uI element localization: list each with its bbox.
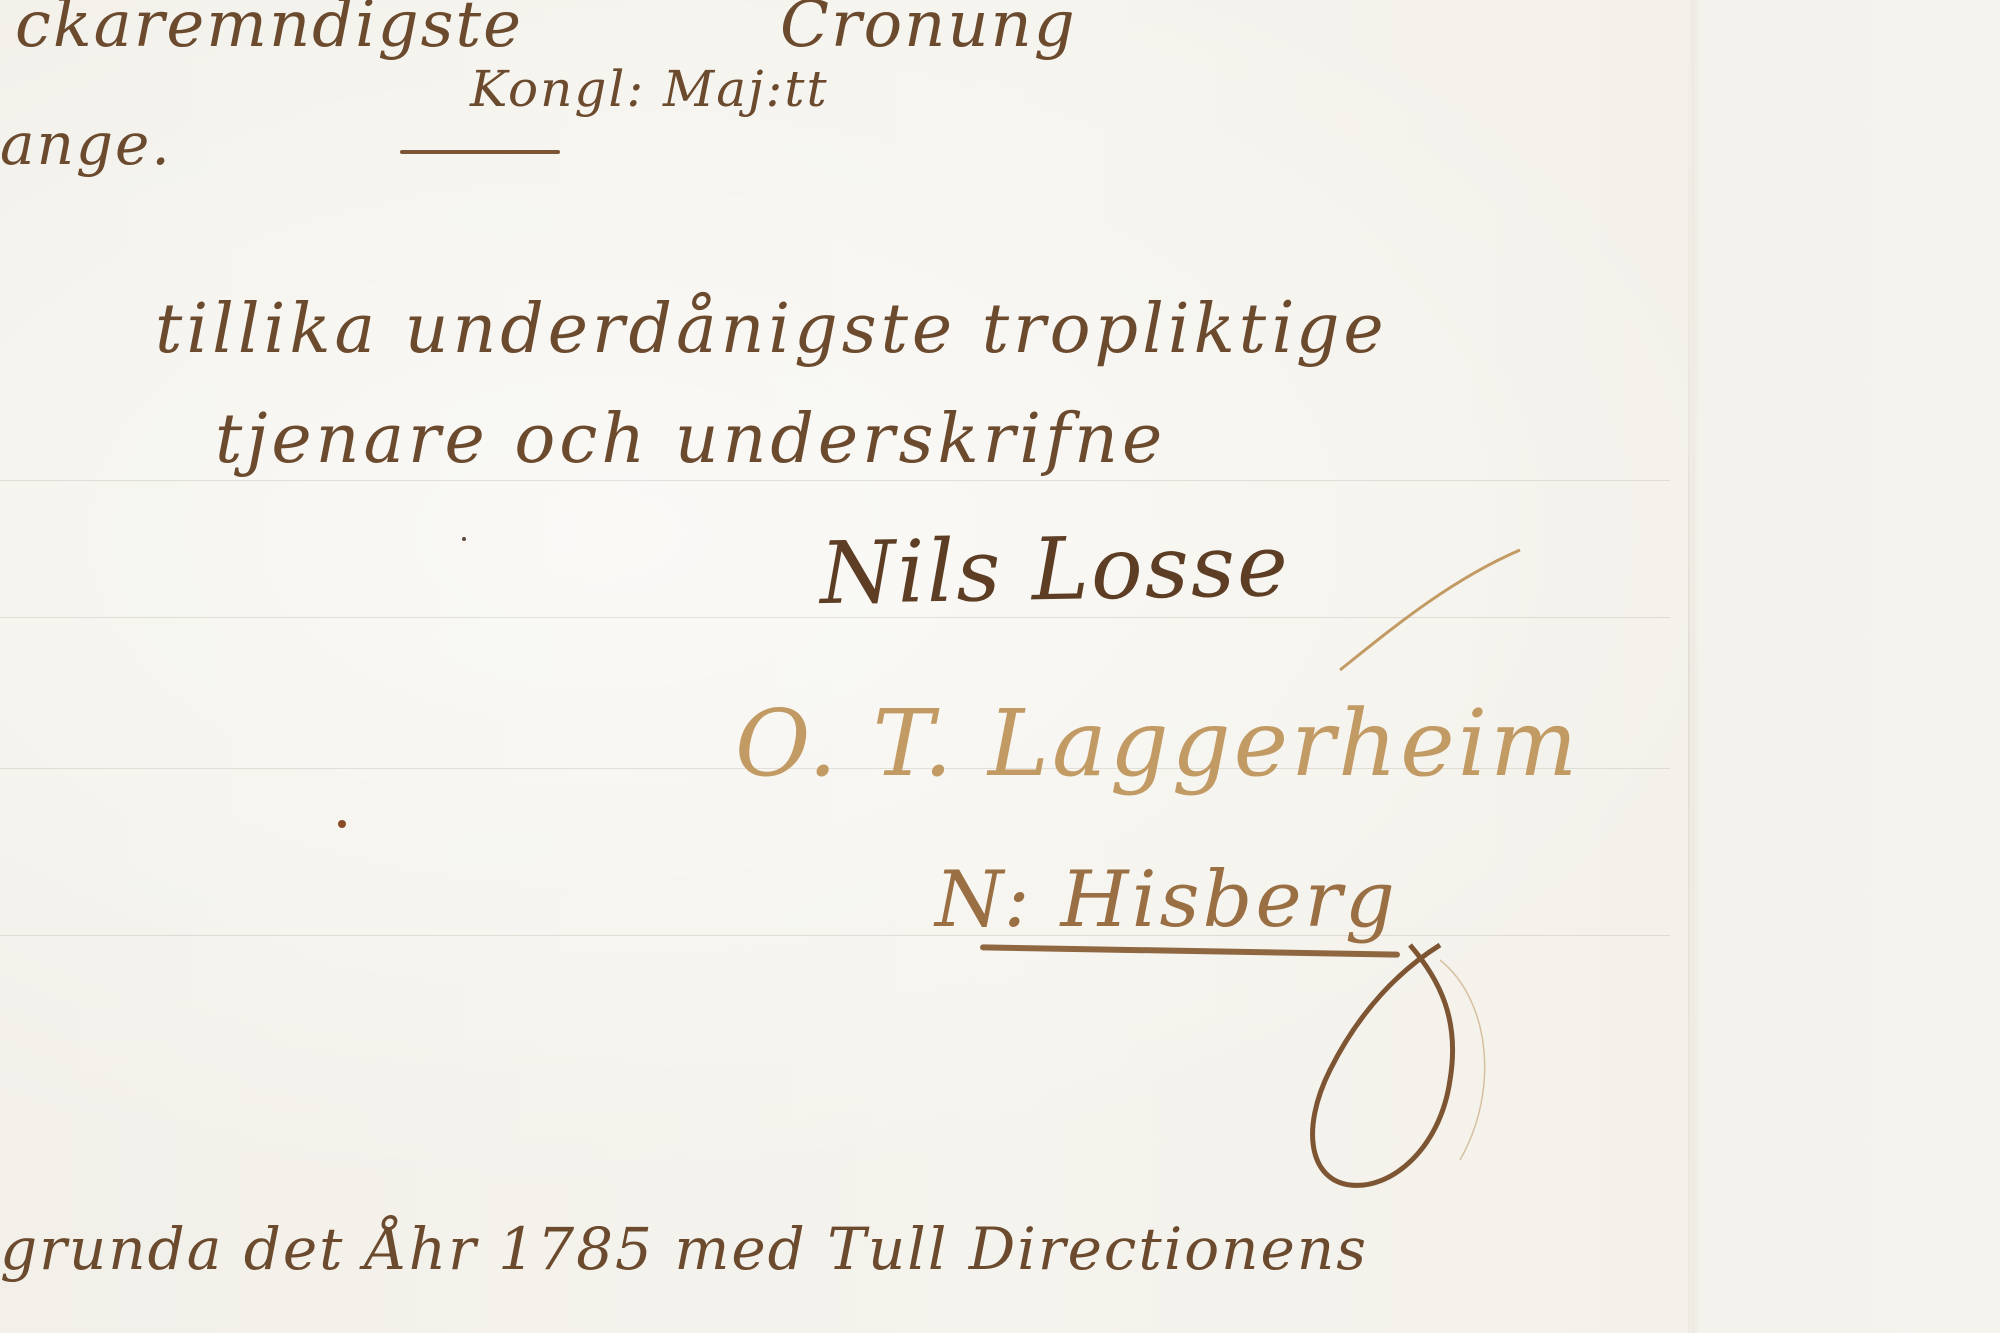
- signature-flourish: [1330, 540, 1530, 680]
- abbreviation-stroke: [400, 150, 560, 154]
- signature-hisberg: N: Hisberg: [935, 855, 1398, 945]
- signature-laggerheim: O. T. Laggerheim: [735, 690, 1580, 797]
- ruled-line: [0, 480, 1670, 481]
- body-line-2: tjenare och underskrifne: [215, 400, 1166, 479]
- top-line-word-1: ckaremndigste: [15, 0, 523, 62]
- signature-loop: [1290, 940, 1550, 1200]
- ink-spot: [462, 537, 466, 541]
- top-line-word-4: Kongl: Maj:tt: [470, 60, 829, 118]
- manuscript-page: ckaremndigste Cronung ange. Kongl: Maj:t…: [0, 0, 2000, 1333]
- body-line-1: tillika underdånigste troplikti̇ge: [155, 290, 1388, 369]
- paper-fold: [1688, 0, 1690, 1333]
- bottom-text-line: grunda det Åhr 1785 med Tull Directionen…: [0, 1215, 1368, 1283]
- ink-spot: [338, 820, 346, 828]
- top-line-word-3: ange.: [0, 110, 172, 178]
- top-line-word-2: Cronung: [780, 0, 1077, 62]
- signature-nils-losse: Nils Losse: [819, 516, 1290, 624]
- ruled-line: [0, 935, 1670, 936]
